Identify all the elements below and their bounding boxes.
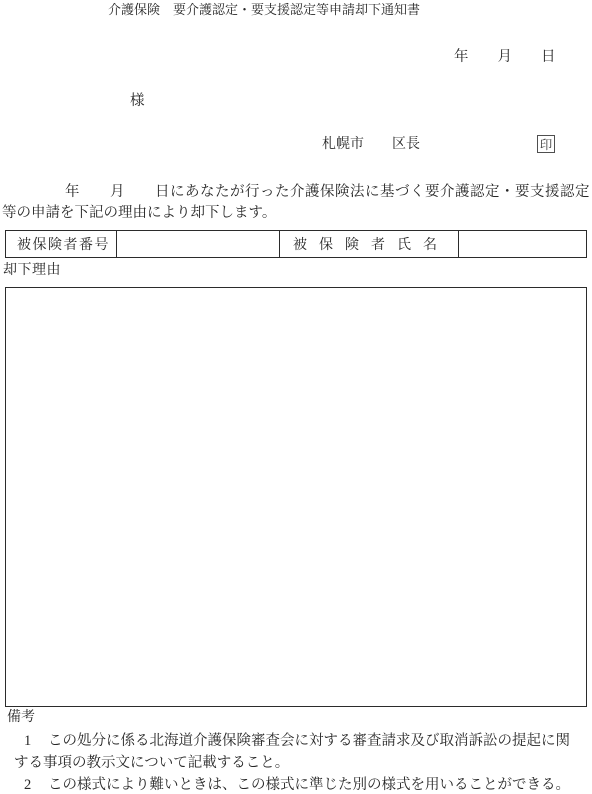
issue-date-blank: 年 月 日: [454, 49, 556, 66]
issuer-line: 札幌市 区長: [322, 137, 420, 153]
rejection-reason-field[interactable]: [5, 287, 587, 707]
remark-item2-text: この様式により難いときは、この様式に準じた別の様式を用いることができる。: [48, 777, 570, 794]
insured-name-label-cell: 被保険者氏名: [279, 231, 458, 257]
body-paragraph-line2: 等の申請を下記の理由により却下します。: [2, 205, 276, 222]
remark-item1-text-line2: する事項の教示文について記載すること。: [14, 755, 289, 772]
rejection-reason-label: 却下理由: [3, 263, 61, 279]
insured-name-value-field[interactable]: [458, 231, 586, 257]
document-title: 介護保険 要介護認定・要支援認定等申請却下通知書: [108, 3, 420, 18]
remark-item1-text-line1: この処分に係る北海道介護保険審査会に対する審査請求及び取消訴訟の提起に関: [48, 733, 570, 750]
body-paragraph-line1: 年 月 日にあなたが行った介護保険法に基づく要介護認定・要支援認定: [65, 184, 590, 201]
official-seal-icon: 印: [537, 135, 555, 153]
insured-person-table: 被保険者番号 被保険者氏名: [5, 230, 587, 258]
insured-number-label-cell: 被保険者番号: [6, 231, 116, 257]
remark-item2-number: 2: [24, 777, 31, 794]
insured-number-value-field[interactable]: [116, 231, 279, 257]
remarks-heading: 備考: [7, 710, 35, 726]
seal-character: 印: [540, 135, 553, 153]
notice-document-page: 介護保険 要介護認定・要支援認定等申請却下通知書 年 月 日 様 札幌市 区長 …: [0, 0, 592, 794]
recipient-suffix: 様: [130, 93, 145, 110]
remark-item1-number: 1: [24, 733, 31, 750]
